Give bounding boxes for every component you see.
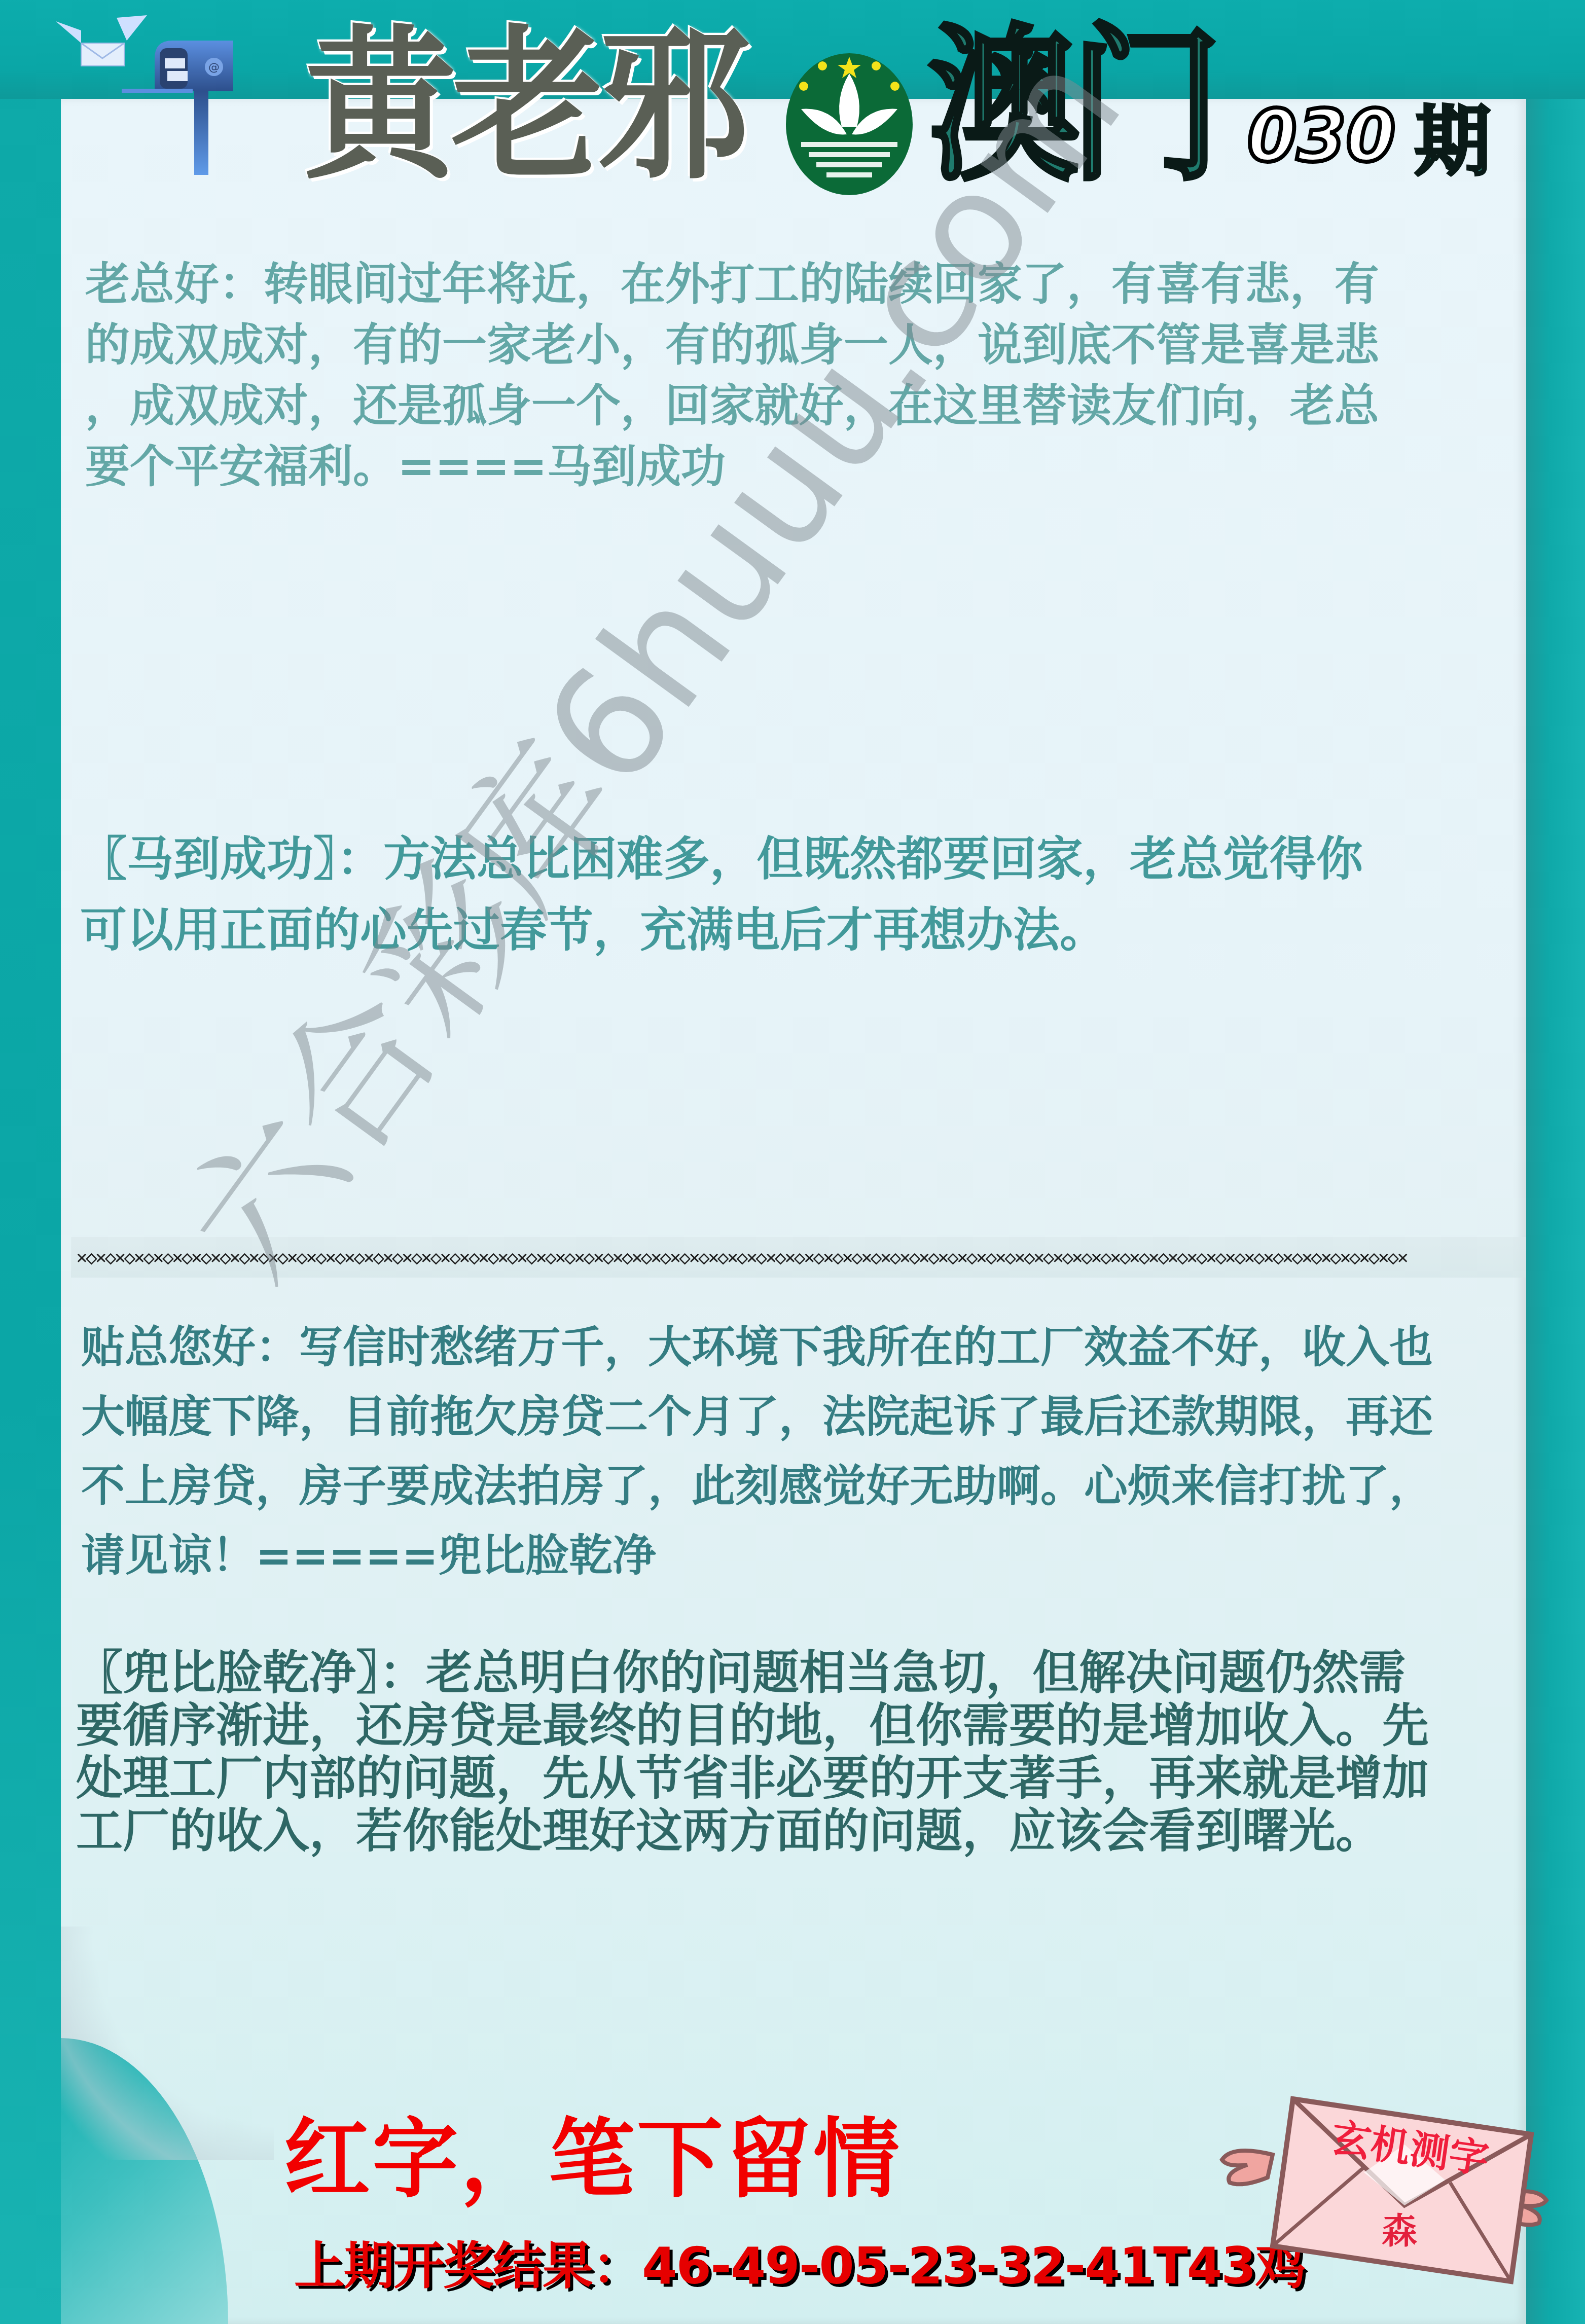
issue-number: 030 <box>1247 101 1395 172</box>
site-title: 黄老邪 <box>304 24 745 189</box>
text-line: 贴总您好：写信时愁绪万千，大环境下我所在的工厂效益不好，收入也 <box>81 1313 1511 1383</box>
letter-2-answer: 〖兜比脸乾净〗：老总明白你的问题相当急切，但解决问题仍然需 要循序渐进，还房贷是… <box>76 1647 1516 1858</box>
mailbox-icon: @ <box>51 15 233 177</box>
text-line: ，成双成对，还是孤身一个，回家就好，在这里替读友们向，老总 <box>85 375 1525 436</box>
text-line: 的成双成对，有的一家老小，有的孤身一人，说到底不管是喜是悲 <box>85 314 1525 375</box>
text-line: 老总好：转眼间过年将近，在外打工的陆续回家了，有喜有悲，有 <box>85 253 1525 314</box>
macau-emblem-icon <box>781 51 918 198</box>
red-slogan: 红字，笔下留情 <box>284 2117 902 2203</box>
text-line: 〖兜比脸乾净〗：老总明白你的问题相当急切，但解决问题仍然需 <box>76 1647 1516 1699</box>
text-line: 不上房贷，房子要成法拍房了，此刻感觉好无助啊。心烦来信打扰了， <box>81 1452 1511 1521</box>
svg-text:@: @ <box>208 61 220 74</box>
result-label: 上期开奖结果： <box>294 2236 642 2296</box>
text-line: 工厂的收入，若你能处理好这两方面的问题，应该会看到曙光。 <box>76 1805 1516 1858</box>
last-draw-result: 上期开奖结果：46-49-05-23-32-41T43鸡 <box>294 2241 1305 2292</box>
teal-frame-right <box>1526 99 1585 2324</box>
letter-1-question: 老总好：转眼间过年将近，在外打工的陆续回家了，有喜有悲，有 的成双成对，有的一家… <box>85 253 1525 497</box>
text-line: 〖马到成功〗：方法总比困难多，但既然都要回家，老总觉得你 <box>80 824 1500 895</box>
winged-envelope-icon: 玄机测字 森 <box>1212 2068 1557 2292</box>
region-title: 澳门 <box>928 23 1212 190</box>
text-line: 要循序渐进，还房贷是最终的目的地，但你需要的是增加收入。先 <box>76 1699 1516 1752</box>
letter-2-question: 贴总您好：写信时愁绪万千，大环境下我所在的工厂效益不好，收入也 大幅度下降，目前… <box>81 1313 1511 1591</box>
issue-suffix: 期 <box>1415 104 1491 180</box>
decorative-divider: ×◇×◇×◇×◇×◇×◇×◇×◇×◇×◇×◇×◇×◇×◇×◇×◇×◇×◇×◇×◇… <box>76 1247 1526 1267</box>
envelope-char: 森 <box>1382 2210 1417 2252</box>
result-value: 46-49-05-23-32-41T43鸡 <box>642 2236 1305 2296</box>
text-line: 大幅度下降，目前拖欠房贷二个月了，法院起诉了最后还款期限，再还 <box>81 1383 1511 1452</box>
letter-1-answer: 〖马到成功〗：方法总比困难多，但既然都要回家，老总觉得你 可以用正面的心先过春节… <box>80 824 1500 966</box>
text-line: 请见谅！=====兜比脸乾净 <box>81 1521 1511 1591</box>
text-line: 要个平安福利。====马到成功 <box>85 436 1525 497</box>
text-line: 可以用正面的心先过春节，充满电后才再想办法。 <box>80 895 1500 966</box>
text-line: 处理工厂内部的问题，先从节省非必要的开支著手，再来就是增加 <box>76 1752 1516 1805</box>
